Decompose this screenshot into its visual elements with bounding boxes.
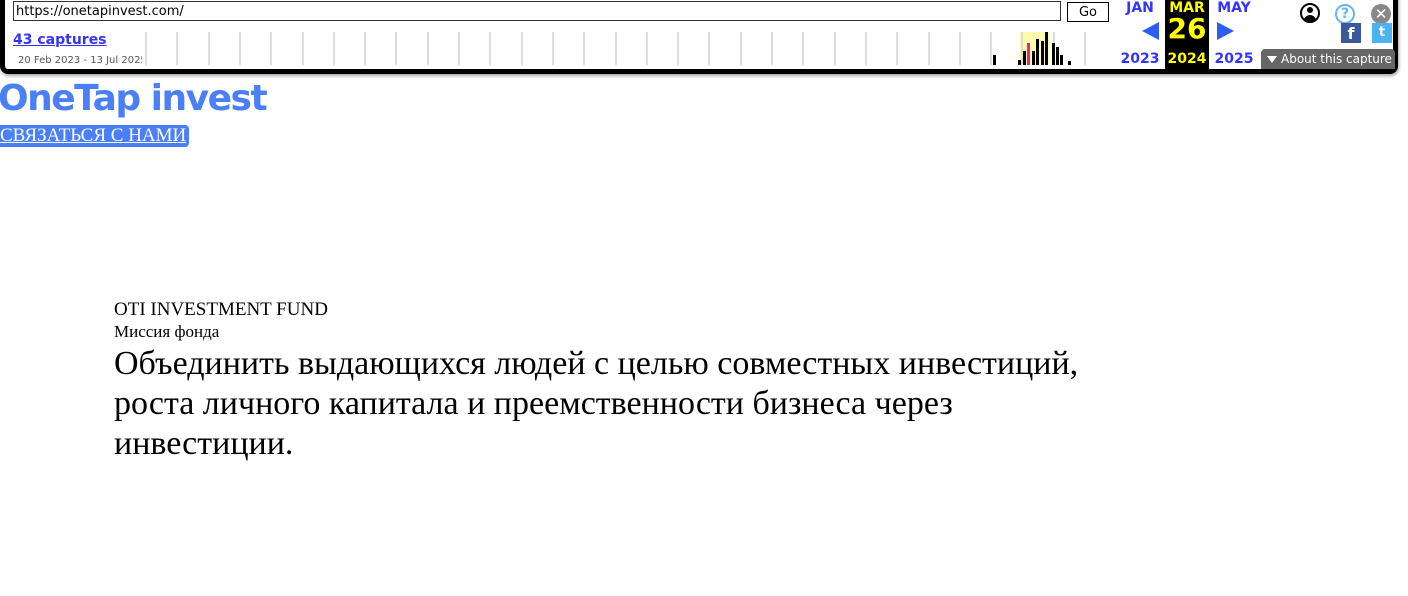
month-tick	[583, 32, 585, 65]
month-tick	[176, 32, 178, 65]
month-tick	[896, 32, 898, 65]
go-button[interactable]: Go	[1067, 2, 1109, 22]
capture-date-range: 20 Feb 2023 - 13 Jul 2025	[18, 55, 142, 66]
capture-bar[interactable]	[1052, 43, 1055, 65]
month-tick	[458, 32, 460, 65]
capture-sparkline[interactable]	[140, 32, 1110, 65]
selected-capture-bar[interactable]	[1027, 43, 1030, 65]
calendar-current: MAR 26 2024	[1165, 0, 1209, 74]
capture-bar[interactable]	[1018, 60, 1021, 65]
month-tick	[771, 32, 773, 65]
month-tick	[239, 32, 241, 65]
next-month[interactable]: MAY	[1209, 0, 1259, 16]
month-tick	[928, 32, 930, 65]
capture-bar[interactable]	[1045, 32, 1048, 65]
contact-us-link[interactable]: СВЯЗАТЬСЯ С НАМИ	[0, 125, 189, 147]
capture-bar[interactable]	[993, 55, 996, 65]
next-year[interactable]: 2025	[1209, 51, 1259, 67]
capture-bar[interactable]	[1060, 55, 1063, 65]
month-tick	[521, 32, 523, 65]
month-tick	[615, 32, 617, 65]
help-icon[interactable]: ?	[1335, 4, 1355, 24]
month-tick	[333, 32, 335, 65]
calendar-prev[interactable]: JAN 2023	[1115, 0, 1165, 16]
wayback-toolbar: Go 43 captures 20 Feb 2023 - 13 Jul 2025…	[0, 0, 1398, 74]
current-day: 26	[1165, 14, 1209, 44]
month-tick	[427, 32, 429, 65]
twitter-share-icon[interactable]: t	[1372, 23, 1392, 43]
month-tick	[270, 32, 272, 65]
prev-capture-arrow-icon[interactable]	[1142, 22, 1159, 40]
month-tick	[802, 32, 804, 65]
month-tick	[208, 32, 210, 65]
about-capture-button[interactable]: About this capture	[1261, 49, 1395, 69]
prev-year[interactable]: 2023	[1115, 51, 1165, 67]
month-tick	[677, 32, 679, 65]
month-tick	[302, 32, 304, 65]
month-tick	[1084, 32, 1086, 65]
month-tick	[959, 32, 961, 65]
current-year: 2024	[1165, 51, 1209, 67]
fund-name: OTI INVESTMENT FUND	[114, 299, 328, 321]
prev-month[interactable]: JAN	[1115, 0, 1165, 16]
next-capture-arrow-icon[interactable]	[1217, 22, 1234, 40]
month-tick	[552, 32, 554, 65]
month-tick	[489, 32, 491, 65]
close-icon[interactable]: ✕	[1371, 4, 1391, 24]
calendar-next[interactable]: MAY 2025	[1209, 0, 1259, 16]
month-tick	[990, 32, 992, 65]
month-tick	[646, 32, 648, 65]
month-tick	[740, 32, 742, 65]
month-tick	[395, 32, 397, 65]
capture-bar[interactable]	[1036, 39, 1039, 65]
month-tick	[364, 32, 366, 65]
capture-bar[interactable]	[1023, 51, 1026, 65]
site-logo[interactable]: OneTap invest	[0, 78, 266, 119]
month-tick	[834, 32, 836, 65]
facebook-share-icon[interactable]: f	[1341, 23, 1361, 43]
captures-link[interactable]: 43 captures	[13, 32, 107, 48]
mission-label: Миссия фонда	[114, 322, 219, 342]
capture-bar[interactable]	[1056, 47, 1059, 65]
capture-bar[interactable]	[1068, 61, 1071, 65]
user-account-icon[interactable]	[1300, 3, 1320, 23]
month-tick	[865, 32, 867, 65]
capture-bar[interactable]	[1032, 51, 1035, 65]
month-tick	[145, 32, 147, 65]
month-tick	[708, 32, 710, 65]
mission-statement: Объединить выдающихся людей с целью совм…	[114, 344, 1094, 464]
url-input[interactable]	[13, 1, 1061, 21]
capture-bar[interactable]	[1041, 41, 1044, 65]
